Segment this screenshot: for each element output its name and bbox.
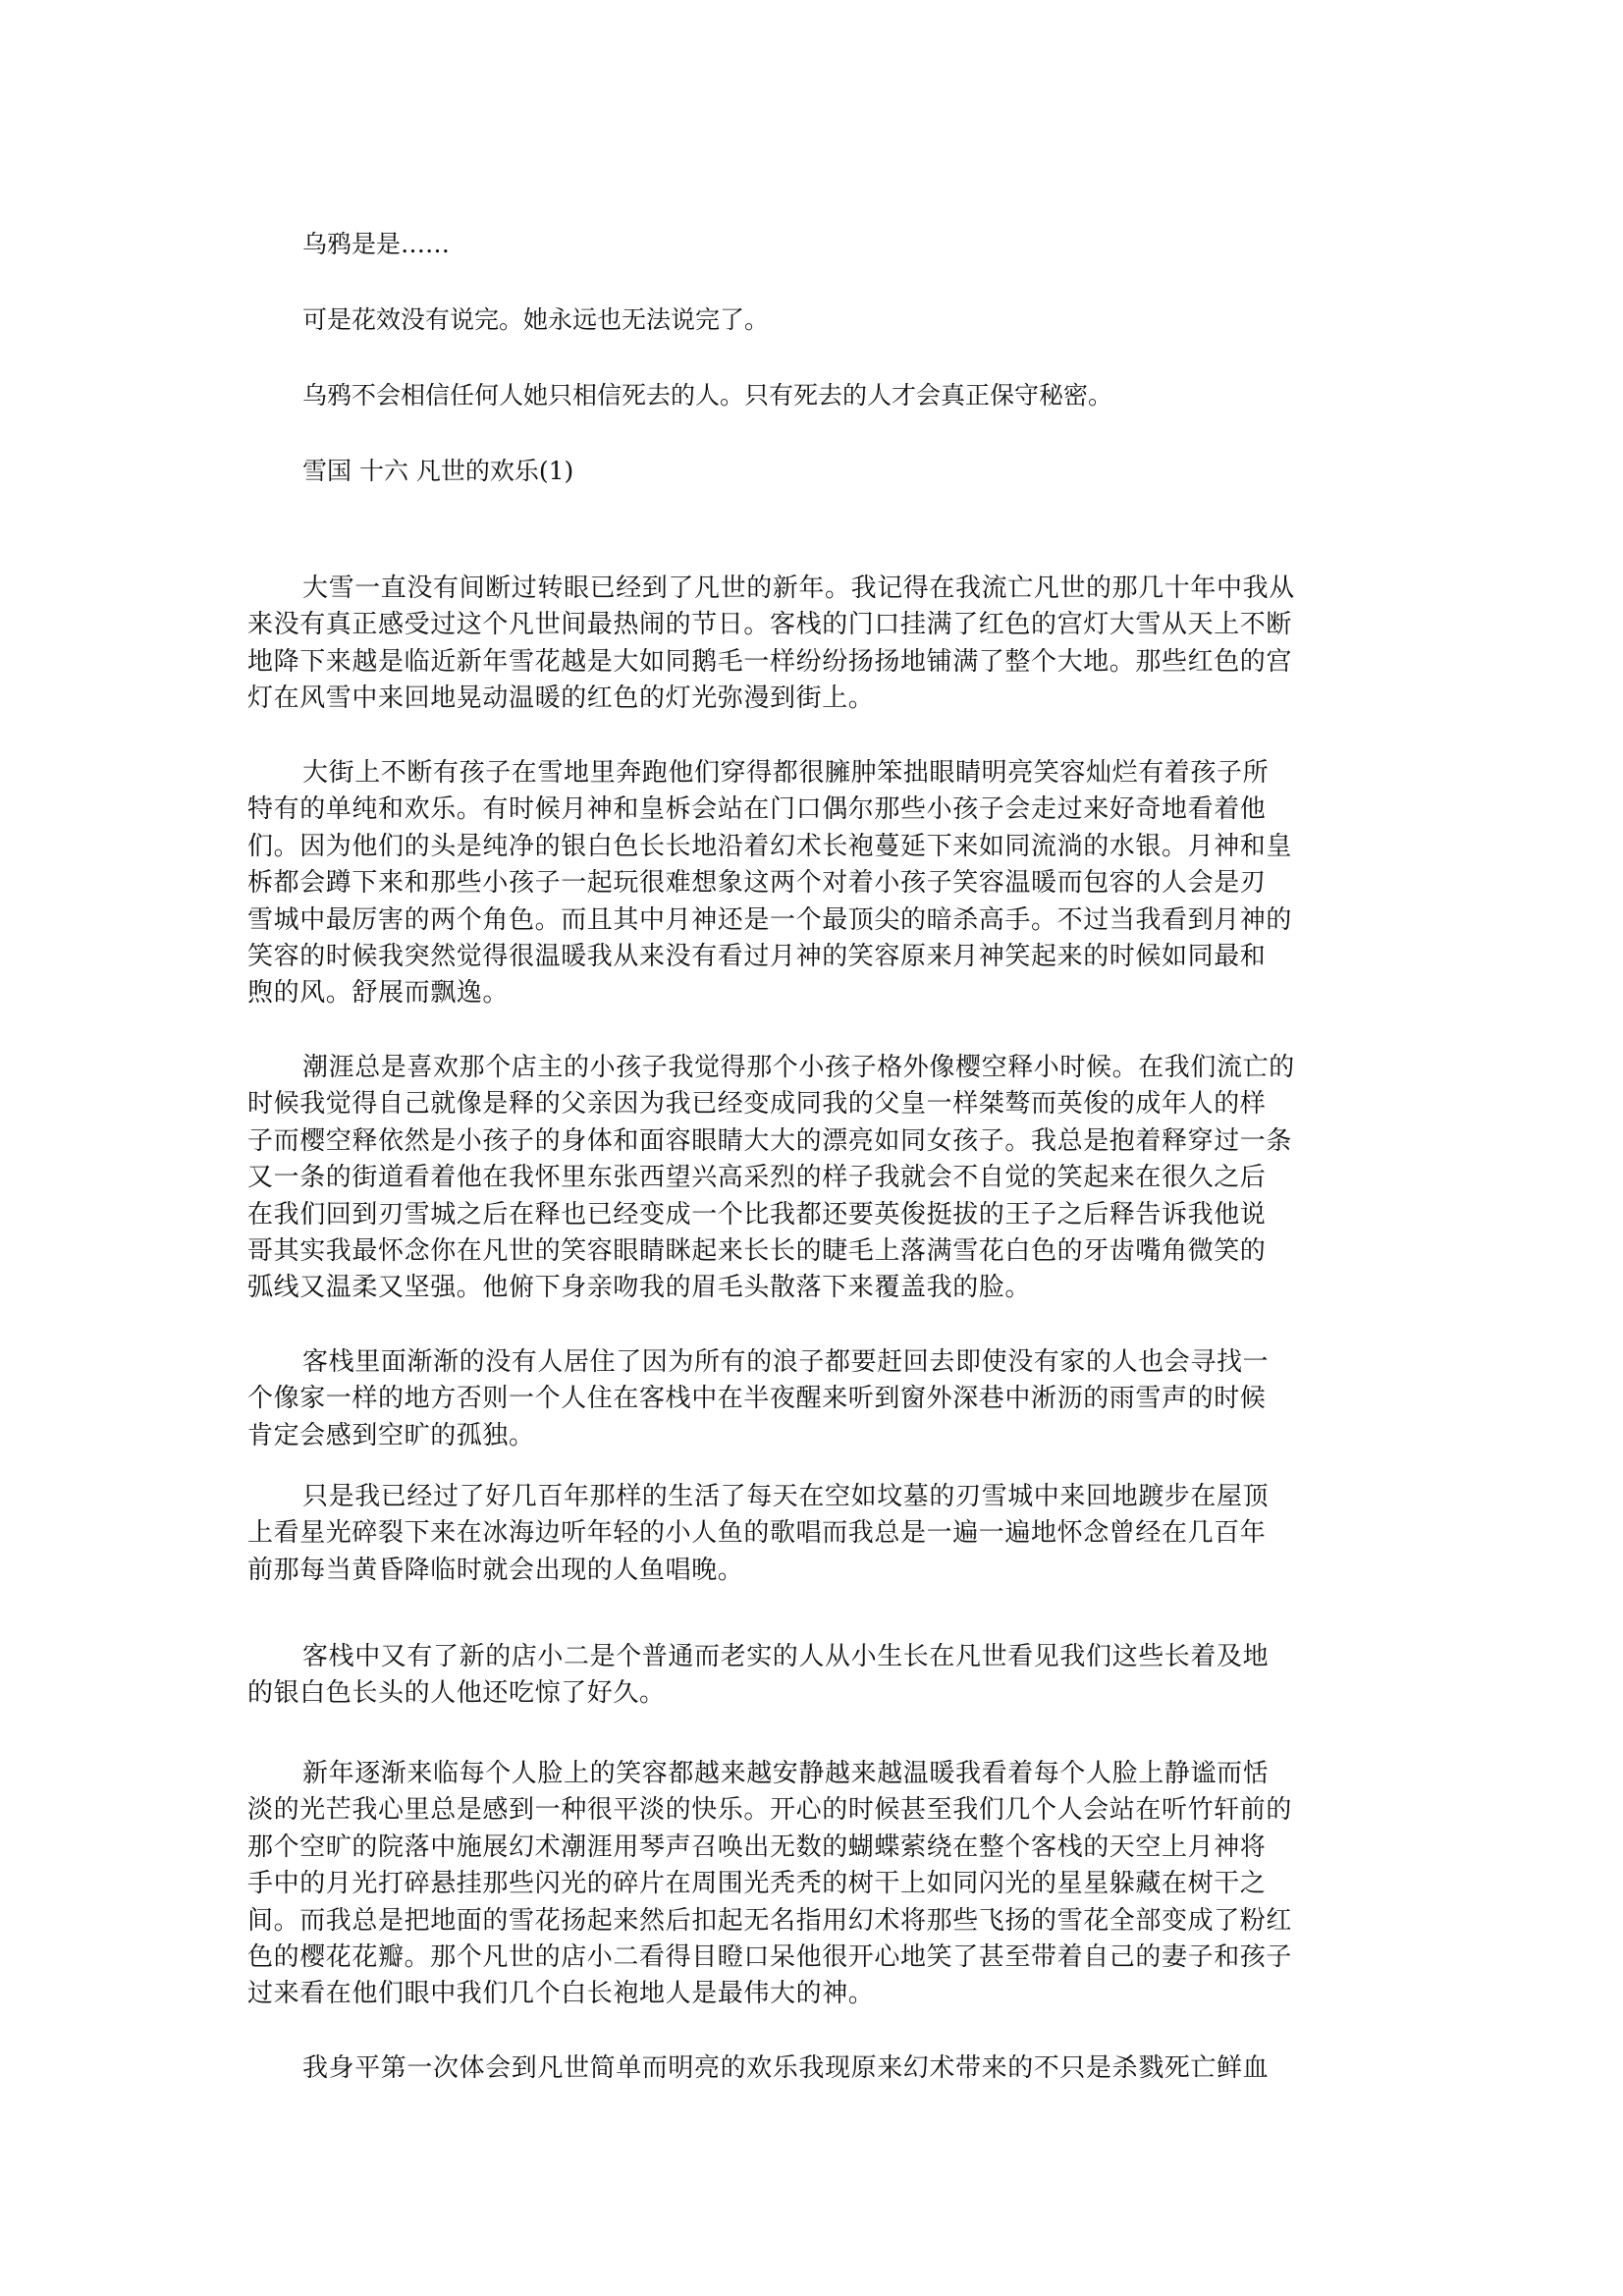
text-line: 乌鸦不会相信任何人她只相信死去的人。只有死去的人才会真正保守秘密。 [302,381,1112,410]
text-line: 弧线又温柔又坚强。他俯下身亲吻我的眉毛头散落下来覆盖我的脸。 [247,1270,1377,1306]
paragraph: 客栈里面渐渐的没有人居住了因为所有的浪子都要赶回去即使没有家的人也会寻找一 个像… [247,1344,1377,1454]
text-line: 时候我觉得自己就像是释的父亲因为我已经变成同我的父皇一样桀骜而英俊的成年人的样 [247,1086,1377,1122]
text-line: 新年逐渐来临每个人脸上的笑容都越来越安静越来越温暖我看着每个人脸上静谧而恬 [247,1756,1377,1792]
text-line: 淡的光芒我心里总是感到一种很平淡的快乐。开心的时候甚至我们几个人会站在听竹轩前的 [247,1792,1377,1829]
text-line: 笑容的时候我突然觉得很温暖我从来没有看过月神的笑容原来月神笑起来的时候如同最和 [247,939,1377,975]
text-line: 子而樱空释依然是小孩子的身体和面容眼睛大大的漂亮如同女孩子。我总是抱着释穿过一条 [247,1123,1377,1160]
document-page: 乌鸦是是…… 可是花效没有说完。她永远也无法说完了。 乌鸦不会相信任何人她只相信… [0,0,1623,2296]
text-line: 的银白色长头的人他还吃惊了好久。 [247,1675,1377,1712]
paragraph: 大街上不断有孩子在雪地里奔跑他们穿得都很臃肿笨拙眼睛明亮笑容灿烂有着孩子所 特有… [247,755,1377,1012]
text-line: 可是花效没有说完。她永远也无法说完了。 [302,305,769,335]
text-line: 们。因为他们的头是纯净的银白色长长地沿着幻术长袍蔓延下来如同流淌的水银。月神和皇 [247,829,1377,865]
text-line: 上看星光碎裂下来在冰海边听年轻的小人鱼的歌唱而我总是一遍一遍地怀念曾经在几百年 [247,1515,1377,1552]
text-line: 灯在风雪中来回地晃动温暖的红色的灯光弥漫到街上。 [247,681,1377,717]
text-line: 来没有真正感受过这个凡世间最热闹的节日。客栈的门口挂满了红色的宫灯大雪从天上不断 [247,607,1377,643]
text-line: 只是我已经过了好几百年那样的生活了每天在空如坟墓的刃雪城中来回地踱步在屋顶 [247,1479,1377,1515]
text-line: 又一条的街道看着他在我怀里东张西望兴高采烈的样子我就会不自觉的笑起来在很久之后 [247,1160,1377,1196]
text-line: 大雪一直没有间断过转眼已经到了凡世的新年。我记得在我流亡凡世的那几十年中我从 [247,571,1377,607]
text-line: 过来看在他们眼中我们几个白长袍地人是最伟大的神。 [247,1976,1377,2012]
text-line: 柝都会蹲下来和那些小孩子一起玩很难想象这两个对着小孩子笑容温暖而包容的人会是刃 [247,865,1377,902]
chapter-heading: 雪国 十六 凡世的欢乐(1) [302,457,573,486]
text-line: 手中的月光打碎悬挂那些闪光的碎片在周围光秃秃的树干上如同闪光的星星躲藏在树干之 [247,1866,1377,1902]
text-line: 潮涯总是喜欢那个店主的小孩子我觉得那个小孩子格外像樱空释小时候。在我们流亡的 [247,1050,1377,1086]
text-line: 客栈中又有了新的店小二是个普通而老实的人从小生长在凡世看见我们这些长着及地 [247,1639,1377,1675]
text-line: 色的樱花花瓣。那个凡世的店小二看得目瞪口呆他很开心地笑了甚至带着自己的妻子和孩子 [247,1940,1377,1976]
text-line: 那个空旷的院落中施展幻术潮涯用琴声召唤出无数的蝴蝶萦绕在整个客栈的天空上月神将 [247,1830,1377,1866]
text-line: 地降下来越是临近新年雪花越是大如同鹅毛一样纷纷扬扬地铺满了整个大地。那些红色的宫 [247,644,1377,681]
text-line: 特有的单纯和欢乐。有时候月神和皇柝会站在门口偶尔那些小孩子会走过来好奇地看着他 [247,792,1377,828]
paragraph: 新年逐渐来临每个人脸上的笑容都越来越安静越来越温暖我看着每个人脸上静谧而恬 淡的… [247,1756,1377,2013]
text-line: 雪城中最厉害的两个角色。而且其中月神还是一个最顶尖的暗杀高手。不过当我看到月神的 [247,902,1377,939]
text-line: 客栈里面渐渐的没有人居住了因为所有的浪子都要赶回去即使没有家的人也会寻找一 [247,1344,1377,1381]
text-line: 前那每当黄昏降临时就会出现的人鱼唱晚。 [247,1553,1377,1589]
paragraph: 大雪一直没有间断过转眼已经到了凡世的新年。我记得在我流亡凡世的那几十年中我从 来… [247,571,1377,718]
paragraph: 客栈中又有了新的店小二是个普通而老实的人从小生长在凡世看见我们这些长着及地 的银… [247,1639,1377,1713]
text-line: 肯定会感到空旷的孤独。 [247,1418,1377,1454]
text-line: 大街上不断有孩子在雪地里奔跑他们穿得都很臃肿笨拙眼睛明亮笑容灿烂有着孩子所 [247,755,1377,792]
paragraph: 只是我已经过了好几百年那样的生活了每天在空如坟墓的刃雪城中来回地踱步在屋顶 上看… [247,1479,1377,1589]
text-line: 乌鸦是是…… [302,230,450,259]
text-line: 哥其实我最怀念你在凡世的笑容眼睛眯起来长长的睫毛上落满雪花白色的牙齿嘴角微笑的 [247,1233,1377,1270]
text-line: 在我们回到刃雪城之后在释也已经变成一个比我都还要英俊挺拔的王子之后释告诉我他说 [247,1197,1377,1233]
text-line: 间。而我总是把地面的雪花扬起来然后扣起无名指用幻术将那些飞扬的雪花全部变成了粉红 [247,1903,1377,1940]
text-line: 个像家一样的地方否则一个人住在客栈中在半夜醒来听到窗外深巷中淅沥的雨雪声的时候 [247,1381,1377,1417]
paragraph: 我身平第一次体会到凡世简单而明亮的欢乐我现原来幻术带来的不只是杀戮死亡鲜血 [247,2050,1377,2087]
text-line: 我身平第一次体会到凡世简单而明亮的欢乐我现原来幻术带来的不只是杀戮死亡鲜血 [247,2050,1377,2087]
text-line: 煦的风。舒展而飘逸。 [247,975,1377,1011]
paragraph: 潮涯总是喜欢那个店主的小孩子我觉得那个小孩子格外像樱空释小时候。在我们流亡的 时… [247,1050,1377,1307]
